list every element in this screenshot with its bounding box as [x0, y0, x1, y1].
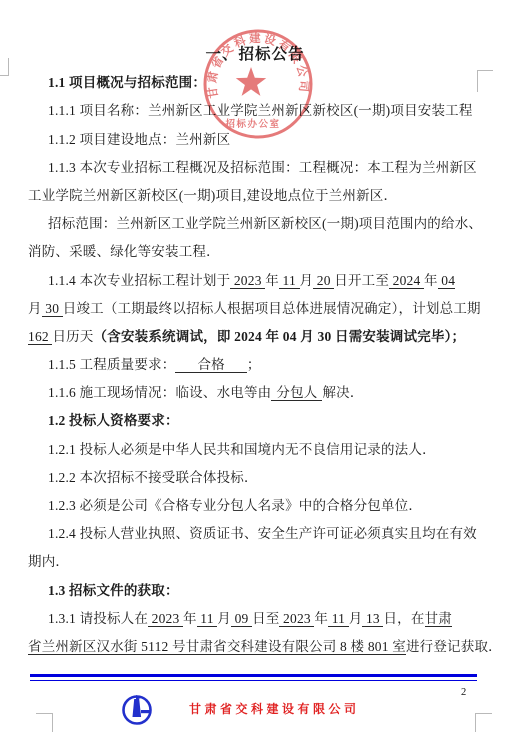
clause-1-2-2: 1.2.2 本次招标不接受联合体投标．	[28, 464, 496, 492]
clause-1-1-3-line2: 工业学院兰州新区新校区(一期)项目,建设地点位于兰州新区．	[28, 182, 496, 210]
boundary-mark-bottom-left-h	[36, 713, 53, 714]
section-1-1-heading: 1.1 项目概况与招标范围：	[28, 69, 496, 97]
text-segment: 1.2.2 本次招标不接受联合体投标．	[48, 470, 258, 485]
text-segment: 日开工至	[334, 273, 389, 288]
clause-1-2-3: 1.2.3 必须是公司《合格专业分包人名录》中的合格分包单位．	[28, 492, 496, 520]
text-segment: （含安装系统调试，即 2024 年 04 月 30 日需安装调试完毕）；	[94, 329, 466, 344]
text-segment: 日竣工（工期最终以招标人根据项目总体进展情况确定），计划总工期	[63, 301, 481, 316]
underlined-field: 20	[313, 273, 334, 289]
text-segment: 一、招标公告	[205, 46, 304, 63]
clause-1-2-1: 1.2.1 投标人必须是中华人民共和国境内无不良信用记录的法人．	[28, 436, 496, 464]
footer-rule-thick	[30, 674, 477, 677]
scope-line2: 消防、采暖、绿化等安装工程．	[28, 238, 496, 266]
clause-1-1-4-line3: 162 日历天（含安装系统调试，即 2024 年 04 月 30 日需安装调试完…	[28, 323, 496, 351]
underlined-field: 11	[197, 611, 218, 627]
underlined-field: 11	[279, 273, 300, 289]
boundary-mark-top-left-v	[8, 58, 9, 76]
text-segment: 1.1.5 工程质量要求：	[48, 357, 175, 372]
underlined-field: 11	[328, 611, 349, 627]
clause-1-1-5: 1.1.5 工程质量要求：合格；	[28, 351, 496, 379]
text-segment: 1.2.4 投标人营业执照、资质证书、安全生产许可证必须真实且均在有效	[48, 526, 477, 541]
text-segment: 1.1.3 本次专业招标工程概况及招标范围：工程概况：本工程为兰州新区	[48, 160, 477, 175]
document-lines: 一、招标公告1.1 项目概况与招标范围：1.1.1 项目名称：兰州新区工业学院兰…	[28, 41, 496, 661]
text-segment: 1.3 招标文件的获取：	[48, 583, 179, 598]
clause-1-3-1-line2: 省兰州新区汉水街 5112 号甘肃省交科建设有限公司 8 楼 801 室进行登记…	[28, 633, 496, 661]
boundary-mark-top-left-h	[0, 75, 9, 76]
clause-1-1-4-line1: 1.1.4 本次专业招标工程计划于 2023 年 11 月 20 日开工至 20…	[28, 267, 496, 295]
clause-1-1-4-line2: 月 30 日竣工（工期最终以招标人根据项目总体进展情况确定），计划总工期	[28, 295, 496, 323]
company-logo-icon	[121, 690, 155, 728]
boundary-mark-bottom-right-v	[475, 713, 476, 732]
section-1-3-heading: 1.3 招标文件的获取：	[28, 577, 496, 605]
clause-1-3-1-line1: 1.3.1 请投标人在 2023 年 11 月 09 日至 2023 年 11 …	[28, 605, 496, 633]
text-segment: 1.2.1 投标人必须是中华人民共和国境内无不良信用记录的法人．	[48, 442, 436, 457]
footer-company-name: 甘肃省交科建设有限公司	[189, 700, 360, 717]
text-segment: 1.2 投标人资格要求：	[48, 413, 179, 428]
clause-1-1-3-line1: 1.1.3 本次专业招标工程概况及招标范围：工程概况：本工程为兰州新区	[28, 154, 496, 182]
text-segment: 年	[314, 611, 328, 626]
clause-1-1-6: 1.1.6 施工现场情况：临设、水电等由分包人解决．	[28, 379, 496, 407]
text-segment: 日，在	[383, 611, 424, 626]
page-number: 2	[461, 687, 466, 698]
text-segment: 月	[300, 273, 314, 288]
text-segment: 日至	[252, 611, 279, 626]
underlined-field: 04	[438, 273, 455, 289]
text-segment: 解决．	[322, 385, 363, 400]
text-segment: 月	[349, 611, 363, 626]
footer-rule-thin	[30, 680, 477, 681]
scope-line1: 招标范围：兰州新区工业学院兰州新区新校区(一期)项目范围内的给水、	[28, 210, 496, 238]
clause-1-2-4-line1: 1.2.4 投标人营业执照、资质证书、安全生产许可证必须真实且均在有效	[28, 520, 496, 548]
clause-1-1-1: 1.1.1 项目名称：兰州新区工业学院兰州新区新校区(一期)项目安装工程	[28, 97, 496, 125]
text-segment: 月	[28, 301, 42, 316]
text-segment: 年	[424, 273, 438, 288]
text-segment: 招标范围：兰州新区工业学院兰州新区新校区(一期)项目范围内的给水、	[48, 216, 482, 231]
text-segment: 1.1.6 施工现场情况：临设、水电等由	[48, 385, 271, 400]
underlined-field: 2023	[230, 273, 265, 289]
text-segment: 1.3.1 请投标人在	[48, 611, 148, 626]
text-segment: 1.1.2 项目建设地点：兰州新区	[48, 132, 230, 147]
text-segment: 1.1.1 项目名称：兰州新区工业学院兰州新区新校区(一期)项目安装工程	[48, 103, 473, 118]
text-segment: 日历天	[52, 329, 93, 344]
text-segment: ；	[247, 357, 261, 372]
text-segment: 月	[217, 611, 231, 626]
underlined-field: 2023	[148, 611, 183, 627]
text-segment: 消防、采暖、绿化等安装工程．	[28, 244, 220, 259]
boundary-mark-bottom-left-v	[52, 713, 53, 732]
underlined-field: 省兰州新区汉水街 5112 号甘肃省交科建设有限公司 8 楼 801 室	[28, 639, 406, 655]
underlined-field: 2023	[279, 611, 314, 627]
text-segment: 工业学院兰州新区新校区(一期)项目,建设地点位于兰州新区．	[28, 188, 397, 203]
text-segment: 进行登记获取．	[406, 639, 502, 654]
underlined-field: 162	[28, 329, 52, 345]
underlined-field: 30	[42, 301, 63, 317]
text-segment: 期内．	[28, 554, 69, 569]
text-segment: 年	[183, 611, 197, 626]
text-segment: 年	[265, 273, 279, 288]
underlined-field: 合格	[175, 357, 246, 373]
underlined-field: 09	[231, 611, 252, 627]
section-1-2-heading: 1.2 投标人资格要求：	[28, 407, 496, 435]
text-segment: 1.1.4 本次专业招标工程计划于	[48, 273, 230, 288]
doc-title: 一、招标公告	[28, 41, 496, 69]
text-segment: 1.2.3 必须是公司《合格专业分包人名录》中的合格分包单位．	[48, 498, 422, 513]
underlined-field: 2024	[389, 273, 424, 289]
underlined-field: 13	[362, 611, 383, 627]
text-segment: 1.1 项目概况与招标范围：	[48, 75, 206, 90]
underlined-field: 甘肃	[425, 611, 452, 627]
underlined-field: 分包人	[271, 385, 322, 401]
clause-1-1-2: 1.1.2 项目建设地点：兰州新区	[28, 126, 496, 154]
boundary-mark-bottom-right-h	[475, 713, 492, 714]
clause-1-2-4-line2: 期内．	[28, 548, 496, 576]
document-page: 一、招标公告1.1 项目概况与招标范围：1.1.1 项目名称：兰州新区工业学院兰…	[0, 0, 513, 740]
